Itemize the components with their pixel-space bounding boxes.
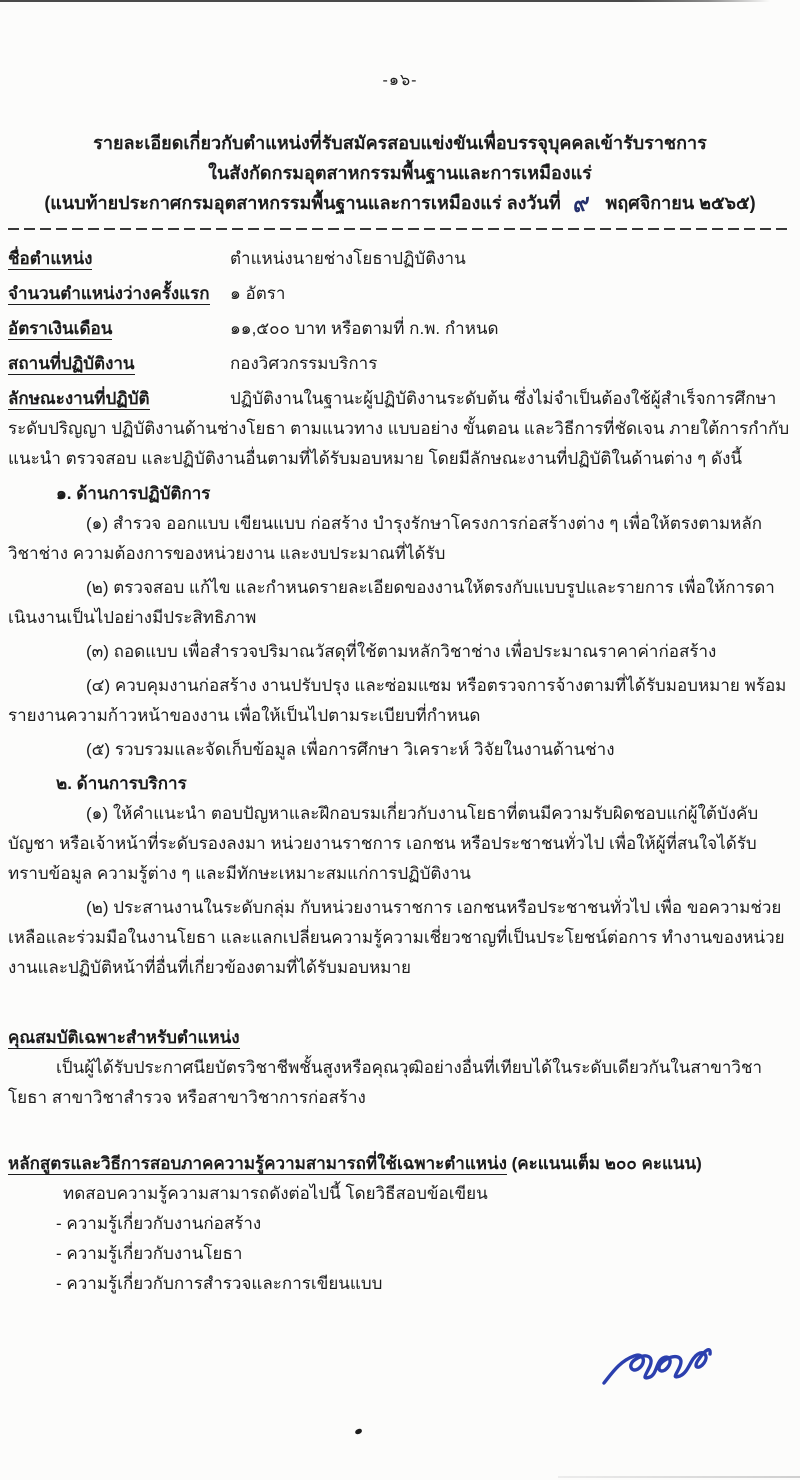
exam-topics: - ความรู้เกี่ยวกับงานก่อสร้าง - ความรู้เ… xyxy=(8,1209,792,1299)
field-workplace: สถานที่ปฏิบัติงานกองวิศวกรรมบริการ xyxy=(8,349,792,379)
document-title-block: รายละเอียดเกี่ยวกับตำแหน่งที่รับสมัครสอบ… xyxy=(8,128,792,218)
exam-section: หลักสูตรและวิธีการสอบภาคความรู้ความสามาร… xyxy=(8,1149,792,1299)
field-value: ๑ อัตรา xyxy=(230,284,285,303)
title-line-2: ในสังกัดกรมอุตสาหกรรมพื้นฐานและการเหมือง… xyxy=(8,158,792,188)
handwritten-day-numeral: ๙ xyxy=(573,192,590,215)
title-line-1: รายละเอียดเกี่ยวกับตำแหน่งที่รับสมัครสอบ… xyxy=(8,128,792,158)
field-label: จำนวนตำแหน่งว่างครั้งแรก xyxy=(8,279,230,309)
exam-heading-score: (คะแนนเต็ม ๒๐๐ คะแนน) xyxy=(507,1154,702,1173)
document-content: รายละเอียดเกี่ยวกับตำแหน่งที่รับสมัครสอบ… xyxy=(8,0,792,1299)
field-label: ชื่อตำแหน่ง xyxy=(8,244,230,274)
duty-item: (๑) สำรวจ ออกแบบ เขียนแบบ ก่อสร้าง บำรุง… xyxy=(8,509,792,569)
duty-item: (๕) รวบรวมและจัดเก็บข้อมูล เพื่อการศึกษา… xyxy=(8,735,792,765)
field-job-description: ลักษณะงานที่ปฏิบัติปฏิบัติงานในฐานะผู้ปฏ… xyxy=(8,384,792,474)
position-fields: ชื่อตำแหน่งตำแหน่งนายช่างโยธาปฏิบัติงาน … xyxy=(8,244,792,474)
section-heading-operations: ๑. ด้านการปฏิบัติการ xyxy=(8,479,792,509)
scanned-document-page: { "page": { "number": "-๑๖-" }, "header"… xyxy=(0,0,800,1480)
field-position-name: ชื่อตำแหน่งตำแหน่งนายช่างโยธาปฏิบัติงาน xyxy=(8,244,792,274)
field-label: สถานที่ปฏิบัติงาน xyxy=(8,349,230,379)
scan-edge-bottom-line xyxy=(558,1476,800,1478)
exam-intro: ทดสอบความรู้ความสามารถดังต่อไปนี้ โดยวิธ… xyxy=(8,1179,792,1209)
field-vacancies: จำนวนตำแหน่งว่างครั้งแรก๑ อัตรา xyxy=(8,279,792,309)
duty-item: (๒) ประสานงานในระดับกลุ่ม กับหน่วยงานราช… xyxy=(8,893,792,983)
field-value: กองวิศวกรรมบริการ xyxy=(230,354,377,373)
field-value: ตำแหน่งนายช่างโยธาปฏิบัติงาน xyxy=(230,249,466,268)
signature xyxy=(598,1333,716,1405)
exam-topic: - ความรู้เกี่ยวกับงานโยธา xyxy=(56,1239,792,1269)
duties-operations-section: ๑. ด้านการปฏิบัติการ (๑) สำรวจ ออกแบบ เข… xyxy=(8,479,792,765)
ink-speck xyxy=(354,1428,362,1435)
exam-heading: หลักสูตรและวิธีการสอบภาคความรู้ความสามาร… xyxy=(8,1149,792,1179)
field-label: อัตราเงินเดือน xyxy=(8,314,230,344)
title-line-attachment: (แนบท้ายประกาศกรมอุตสาหกรรมพื้นฐานและการ… xyxy=(8,188,792,218)
qualifications-heading: คุณสมบัติเฉพาะสำหรับตำแหน่ง xyxy=(8,1023,792,1053)
section-heading-service: ๒. ด้านการบริการ xyxy=(8,769,792,799)
exam-heading-underlined: หลักสูตรและวิธีการสอบภาคความรู้ความสามาร… xyxy=(8,1154,507,1175)
duties-service-section: ๒. ด้านการบริการ (๑) ให้คำแนะนำ ตอบปัญหา… xyxy=(8,769,792,983)
qualifications-text: เป็นผู้ได้รับประกาศนียบัตรวิชาชีพชั้นสูง… xyxy=(8,1053,792,1113)
duty-item: (๓) ถอดแบบ เพื่อสำรวจปริมาณวัสดุที่ใช้ตา… xyxy=(8,637,792,667)
qualifications-section: คุณสมบัติเฉพาะสำหรับตำแหน่ง เป็นผู้ได้รั… xyxy=(8,1023,792,1113)
exam-topic: - ความรู้เกี่ยวกับงานก่อสร้าง xyxy=(56,1209,792,1239)
field-salary: อัตราเงินเดือน๑๑,๕๐๐ บาท หรือตามที่ ก.พ.… xyxy=(8,314,792,344)
signature-scribble-icon xyxy=(598,1333,716,1395)
field-label: ลักษณะงานที่ปฏิบัติ xyxy=(8,384,230,414)
duty-item: (๒) ตรวจสอบ แก้ไข และกำหนดรายละเอียดของง… xyxy=(8,573,792,633)
duty-item: (๑) ให้คำแนะนำ ตอบปัญหาและฝึกอบรมเกี่ยวก… xyxy=(8,799,792,889)
attachment-suffix: พฤศจิกายน ๒๕๖๕) xyxy=(606,193,756,213)
exam-topic: - ความรู้เกี่ยวกับการสำรวจและการเขียนแบบ xyxy=(56,1269,792,1299)
duty-item: (๔) ควบคุมงานก่อสร้าง งานปรับปรุง และซ่อ… xyxy=(8,671,792,731)
dashed-separator xyxy=(8,228,792,230)
field-value: ๑๑,๕๐๐ บาท หรือตามที่ ก.พ. กำหนด xyxy=(230,319,499,338)
attachment-prefix: (แนบท้ายประกาศกรมอุตสาหกรรมพื้นฐานและการ… xyxy=(44,193,560,213)
